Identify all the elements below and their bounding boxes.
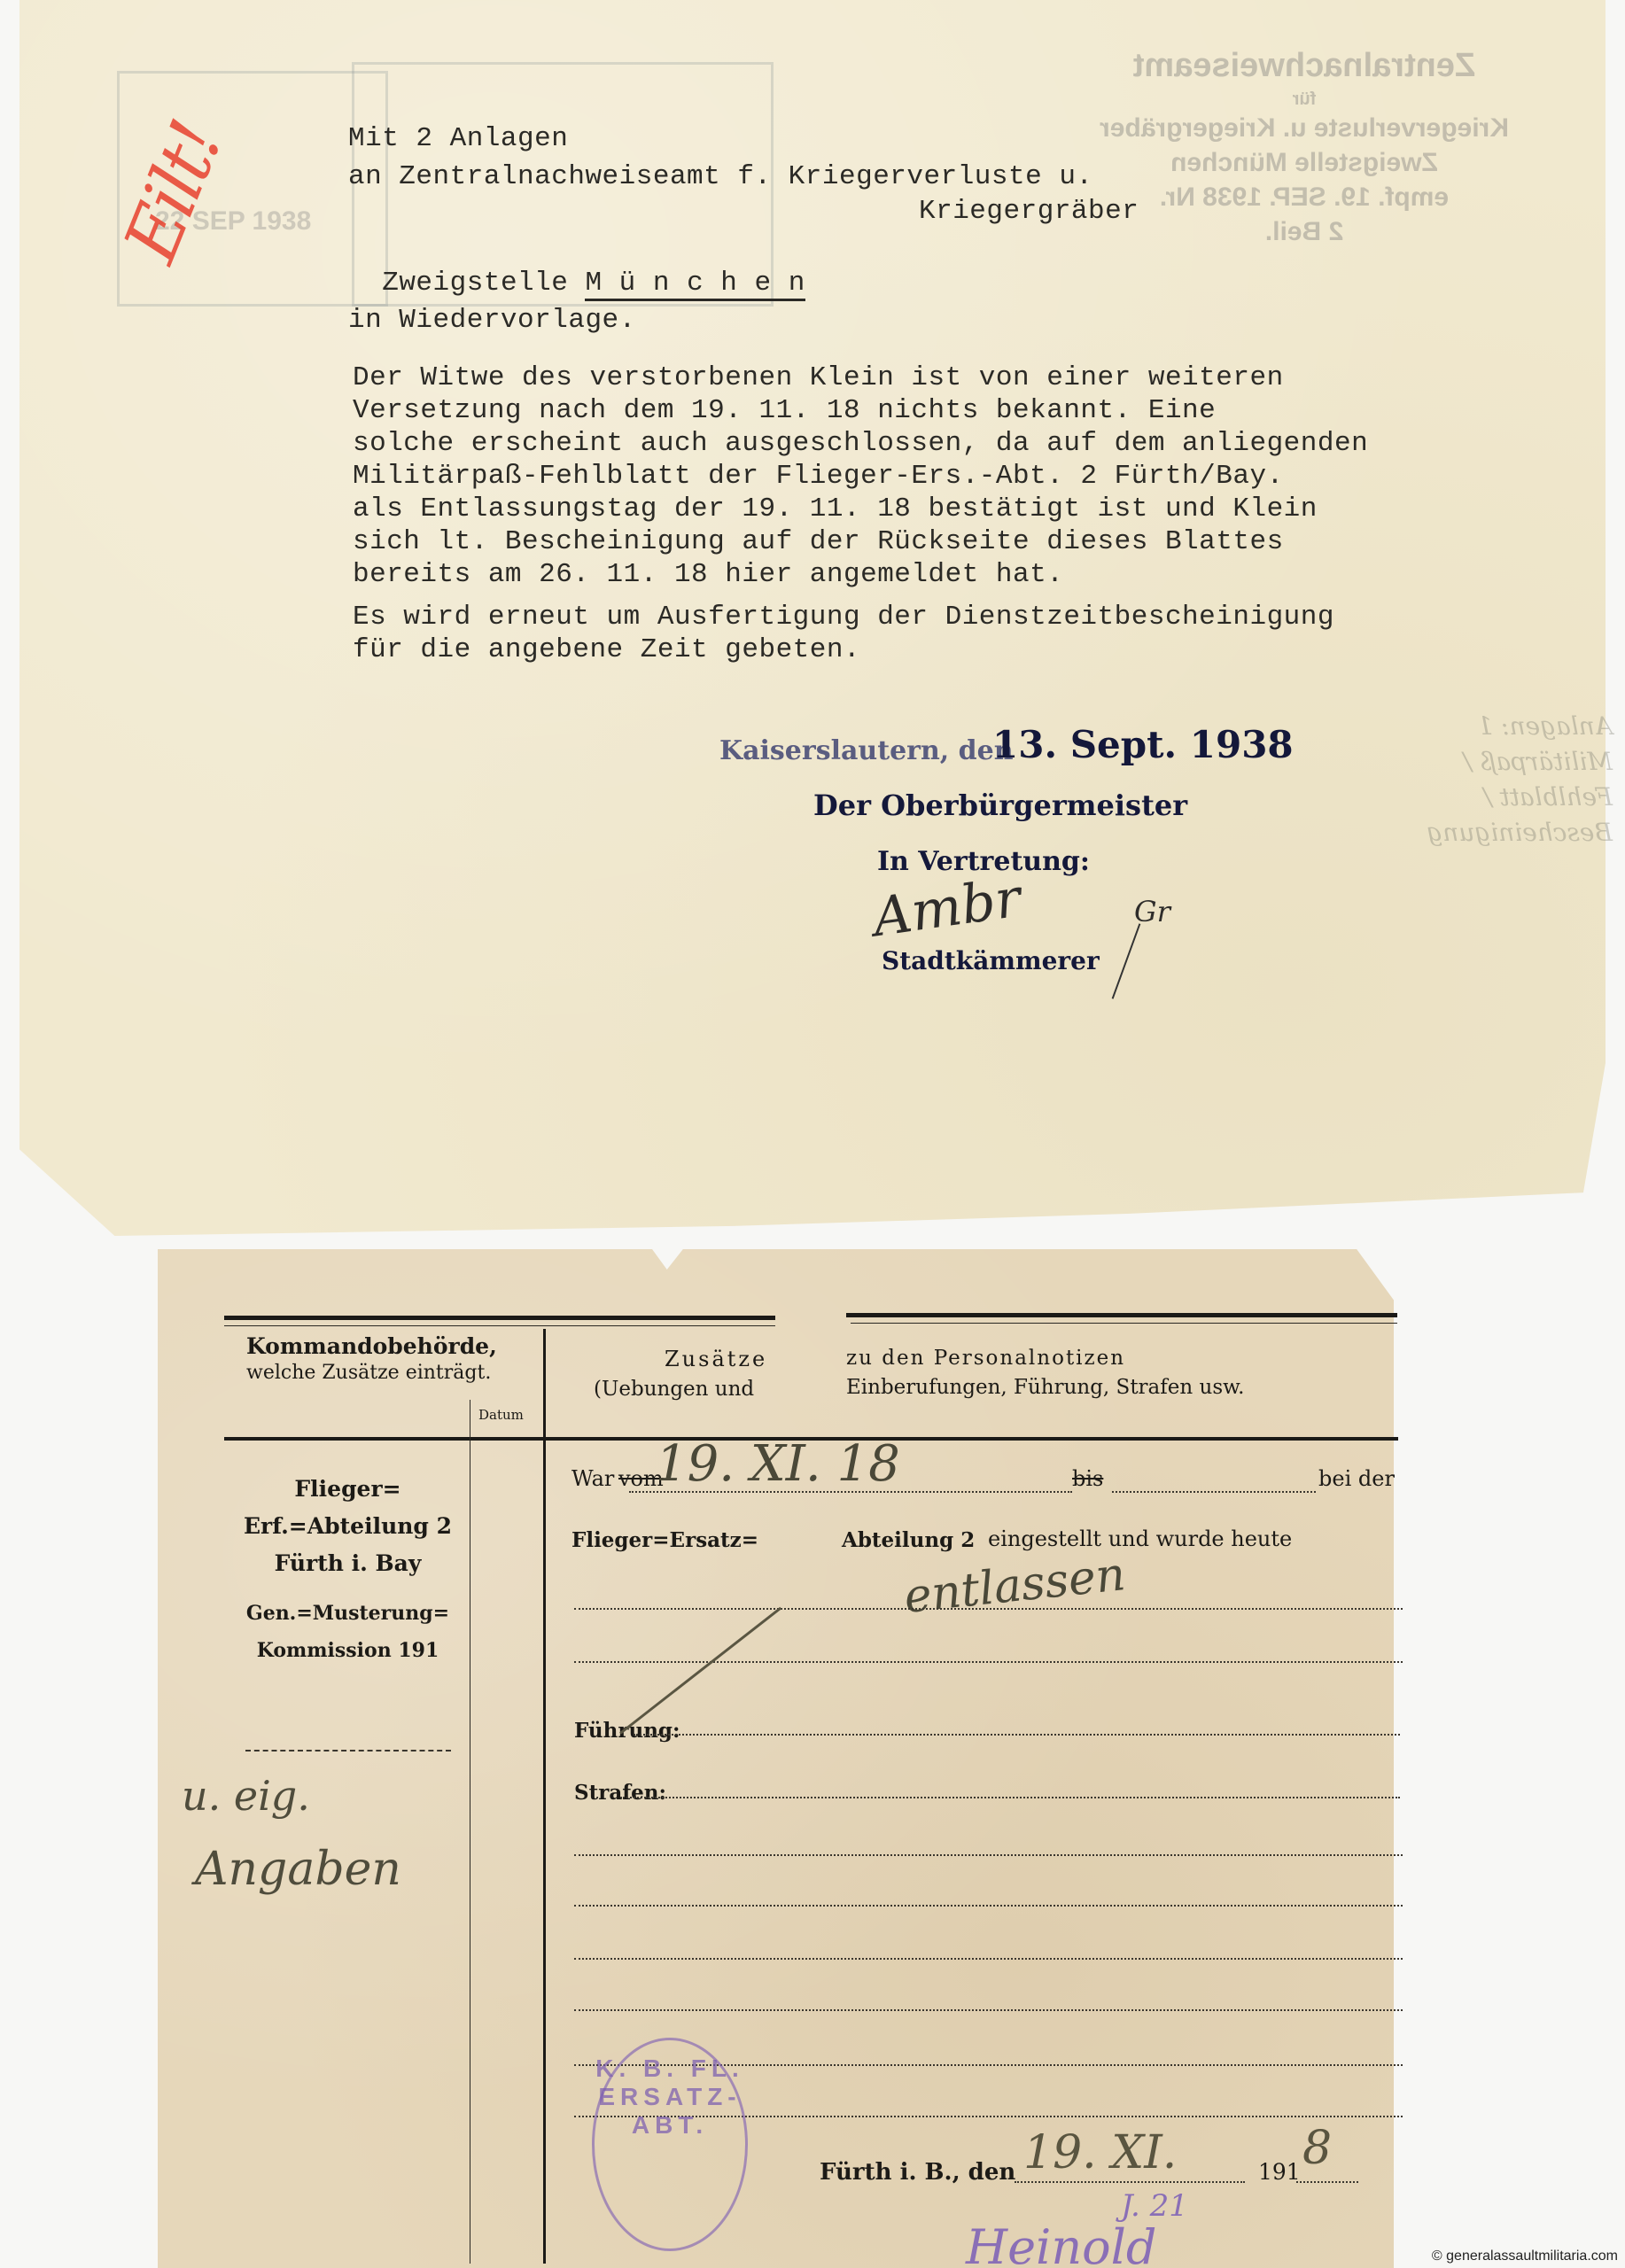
- bei-der-label: bei der: [1318, 1466, 1395, 1491]
- footer-date-handwritten: 19. XI.: [1023, 2126, 1177, 2179]
- header-col1-title: Kommandobehörde,: [246, 1333, 497, 1359]
- body-line: bereits am 26. 11. 18 hier angemeldet ha…: [353, 558, 1368, 591]
- entry-line[interactable]: [574, 1958, 1403, 1960]
- authority-dotted-line: [245, 1750, 451, 1751]
- column-divider-date: [470, 1400, 470, 2264]
- branch-label: Zweigstelle: [382, 268, 568, 299]
- body-line: solche erscheint auch ausgeschlossen, da…: [353, 427, 1368, 460]
- purple-signature: Heinold: [966, 2219, 1156, 2268]
- header-col2-line2: (Uebungen und: [594, 1378, 754, 1401]
- bis-struck: bis: [1072, 1466, 1103, 1491]
- fuehrung-label: Führung:: [574, 1719, 680, 1743]
- strafen-field[interactable]: [620, 1797, 1400, 1798]
- header-rule-left: [224, 1316, 775, 1320]
- footer-year-field[interactable]: [1296, 2181, 1358, 2183]
- copyright-watermark: © generalassaultmilitaria.com: [1432, 2249, 1618, 2264]
- header-rule-right: [846, 1313, 1397, 1317]
- seal-text: K. B. FL. ERSATZ-ABT.: [595, 2054, 745, 2140]
- request-line: für die angebene Zeit gebeten.: [353, 633, 1368, 666]
- purple-note: J. 21: [1121, 2188, 1188, 2224]
- branch-value: M ü n c h e n: [585, 268, 805, 301]
- official-seal: K. B. FL. ERSATZ-ABT.: [592, 2038, 748, 2251]
- date-to-field[interactable]: [1112, 1491, 1316, 1493]
- resubmission-line: in Wiedervorlage.: [348, 304, 636, 337]
- header-col2-line1: Zusätze: [665, 1347, 767, 1371]
- column-divider-main: [543, 1329, 546, 2264]
- war-label: War: [571, 1466, 614, 1491]
- letter-body: Der Witwe des verstorbenen Klein ist von…: [353, 361, 1368, 666]
- authority-line: Fürth i. Bay: [226, 1545, 470, 1582]
- handwritten-note-line2: Angaben: [195, 1843, 401, 1896]
- title-stamp: Stadtkämmerer: [882, 946, 1100, 975]
- entry-line[interactable]: [574, 2009, 1403, 2011]
- unit-label: Flieger=Ersatz=: [571, 1528, 758, 1552]
- enclosures-line: Mit 2 Anlagen: [348, 122, 568, 155]
- handwritten-note-line1: u. eig.: [182, 1772, 310, 1820]
- footer-year-prefix: 191: [1258, 2159, 1301, 2185]
- authority-line: Erf.=Abteilung 2: [226, 1508, 470, 1545]
- fuehrung-field[interactable]: [634, 1734, 1400, 1736]
- header-col1-sub: welche Zusätze einträgt.: [246, 1362, 491, 1384]
- body-line: sich lt. Bescheinigung auf der Rückseite…: [353, 525, 1368, 558]
- request-line: Es wird erneut um Ausfertigung der Diens…: [353, 601, 1368, 633]
- recipient-line-2: Kriegergräber: [919, 195, 1139, 228]
- authority-block: Flieger= Erf.=Abteilung 2 Fürth i. Bay G…: [226, 1471, 470, 1669]
- date-stamp: 13. Sept. 1938: [992, 723, 1294, 766]
- header-rule-right-thin: [851, 1323, 1397, 1324]
- header-col3-line1: zu den Personalnotizen: [846, 1347, 1125, 1370]
- body-line: Versetzung nach dem 19. 11. 18 nichts be…: [353, 394, 1368, 427]
- unit-value: Abteilung 2: [842, 1528, 975, 1552]
- footer-place: Fürth i. B., den: [820, 2159, 1015, 2186]
- office-stamp: Der Oberbürgermeister: [813, 788, 1187, 822]
- place-stamp: Kaiserslautern, den: [719, 735, 1014, 766]
- footer-year-handwritten: 8: [1302, 2122, 1332, 2175]
- recipient-line-1: an Zentralnachweiseamt f. Kriegerverlust…: [348, 160, 1093, 193]
- entry-line[interactable]: [574, 1608, 1403, 1610]
- unit-suffix: eingestellt und wurde heute: [988, 1526, 1292, 1551]
- body-line: als Entlassungstag der 19. 11. 18 bestät…: [353, 493, 1368, 525]
- authority-line: Kommission 191: [226, 1632, 470, 1669]
- pencil-note-bleedthrough: Anlagen: 1 Militärpaß / Fehlblatt / Besc…: [1435, 709, 1613, 850]
- entry-line[interactable]: [574, 1905, 1403, 1907]
- authority-line: Flieger=: [226, 1471, 470, 1508]
- body-line: Der Witwe des verstorbenen Klein ist von…: [353, 361, 1368, 394]
- strafen-label: Strafen:: [574, 1781, 666, 1805]
- header-rule-left-thin: [224, 1325, 775, 1326]
- body-line: Militärpaß-Fehlblatt der Flieger-Ers.-Ab…: [353, 460, 1368, 493]
- header-date-label: Datum: [478, 1407, 524, 1423]
- entry-line[interactable]: [574, 1854, 1403, 1856]
- entry-line[interactable]: [574, 1661, 1403, 1663]
- footer-date-field[interactable]: [1015, 2181, 1245, 2183]
- date-from-handwritten: 19. XI. 18: [656, 1435, 900, 1493]
- branch-line: Zweigstelle M ü n c h e n: [348, 234, 805, 299]
- authority-line: Gen.=Musterung=: [226, 1595, 470, 1632]
- header-col3-line2: Einberufungen, Führung, Strafen usw.: [846, 1376, 1244, 1399]
